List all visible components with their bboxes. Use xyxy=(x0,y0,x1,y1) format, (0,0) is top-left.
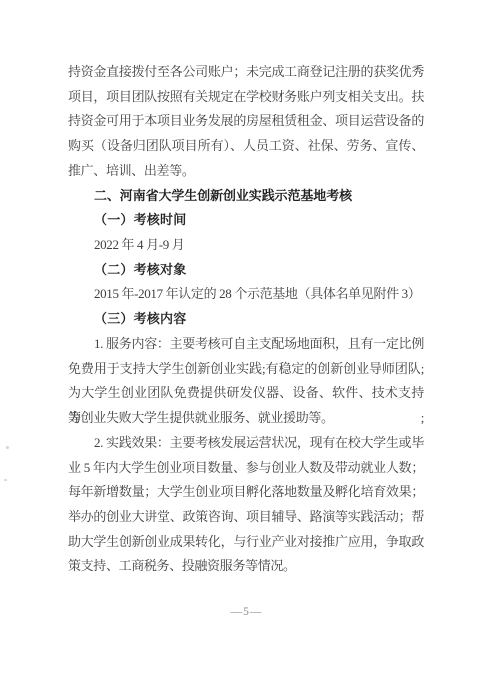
body-line: 业 5 年内大学生创业项目数量、参与创业人数及带动就业人数； xyxy=(68,456,424,481)
body-line: 2. 实践效果：主要考核发展运营状况，现有在校大学生或毕 xyxy=(68,431,424,456)
scan-speck xyxy=(4,479,7,481)
text-block: 持资金直接拨付至各公司账户；未完成工商登记注册的获奖优秀 项目，项目团队按照有关… xyxy=(68,60,424,579)
section-heading: 二、河南省大学生创新创业实践示范基地考核 xyxy=(68,184,424,209)
body-line: 购买（设备归团队项目所有）、人员工资、社保、劳务、宣传、 xyxy=(68,134,424,159)
subsection-heading: （二）考核对象 xyxy=(68,258,424,283)
body-line: 1. 服务内容：主要考核可自主支配场地面积，且有一定比例 xyxy=(68,332,424,357)
body-line: 持资金可用于本项目业务发展的房屋租赁租金、项目运营设备的 xyxy=(68,109,424,134)
body-line: 2022 年 4 月-9 月 xyxy=(68,233,424,258)
body-line: 助大学生创新创业成果转化，与行业产业对接推广应用，争取政 xyxy=(68,530,424,555)
body-line: 策支持、工商税务、投融资服务等情况。 xyxy=(68,554,424,579)
subsection-heading: （三）考核内容 xyxy=(68,307,424,332)
body-line: 举办的创业大讲堂、政策咨询、项目辅导、路演等实践活动；帮 xyxy=(68,505,424,530)
body-line: 项目，项目团队按照有关规定在学校财务账户列支相关支出。扶 xyxy=(68,85,424,110)
body-line: 推广、培训、出差等。 xyxy=(68,159,424,184)
subsection-heading: （一）考核时间 xyxy=(68,208,424,233)
body-line: 每年新增数量；大学生创业项目孵化落地数量及孵化培育效果； xyxy=(68,480,424,505)
scan-speck xyxy=(6,446,9,449)
body-line: 2015 年-2017 年认定的 28 个示范基地（具体名单见附件 3） xyxy=(68,282,424,307)
page-number: —5— xyxy=(0,606,493,618)
body-line: 免费用于支持大学生创新创业实践;有稳定的创新创业导师团队; xyxy=(68,357,424,382)
document-page: 持资金直接拨付至各公司账户；未完成工商登记注册的获奖优秀 项目，项目团队按照有关… xyxy=(0,0,493,687)
body-line: 为大学生创业团队免费提供研发仪器、设备、软件、技术支持等; xyxy=(68,381,424,406)
body-line: 持资金直接拨付至各公司账户；未完成工商登记注册的获奖优秀 xyxy=(68,60,424,85)
